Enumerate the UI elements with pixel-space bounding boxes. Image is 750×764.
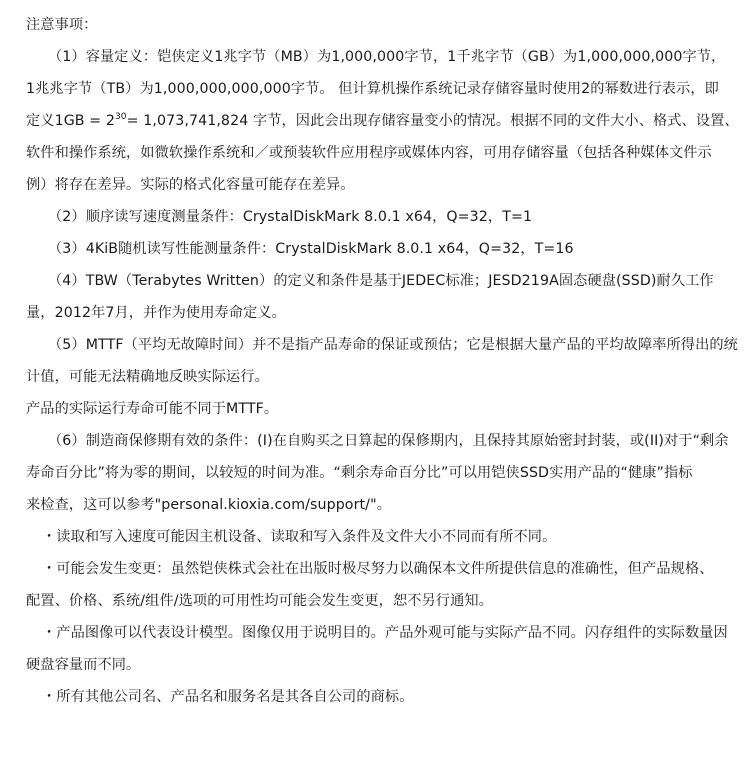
bullet-line: ・产品图像可以代表设计模型。图像仅用于说明目的。产品外观可能与实际产品不同。闪存… bbox=[26, 617, 738, 649]
note-line: （6）制造商保修期有效的条件：(I)在自购买之日算起的保修期内，且保持其原始密封… bbox=[26, 425, 738, 457]
note-line: 软件和操作系统，如微软操作系统和／或预装软件应用程序或媒体内容，可用存储容量（包… bbox=[26, 137, 738, 169]
bullet-line: ・可能会发生变更：虽然铠侠株式会社在出版时极尽努力以确保本文件所提供信息的准确性… bbox=[26, 553, 738, 585]
note-line: （4）TBW（Terabytes Written）的定义和条件是基于JEDEC标… bbox=[26, 265, 738, 297]
note-line: 寿命百分比”将为零的期间，以较短的时间为准。“剩余寿命百分比”可以用铠侠SSD实… bbox=[26, 457, 738, 489]
note-line: 计值，可能无法精确地反映实际运行。 bbox=[26, 361, 738, 393]
bullet-line: ・读取和写入速度可能因主机设备、读取和写入条件及文件大小不同而有所不同。 bbox=[26, 521, 738, 553]
formula-exponent: 30 bbox=[115, 112, 127, 122]
bullet-product-images: ・产品图像可以代表设计模型。图像仅用于说明目的。产品外观可能与实际产品不同。闪存… bbox=[26, 617, 738, 681]
note-line: （5）MTTF（平均无故障时间）并不是指产品寿命的保证或预估；它是根据大量产品的… bbox=[26, 329, 738, 361]
note-capacity-definition: （1）容量定义：铠侠定义1兆字节（MB）为1,000,000字节，1千兆字节（G… bbox=[26, 41, 738, 201]
note-tbw-definition: （4）TBW（Terabytes Written）的定义和条件是基于JEDEC标… bbox=[26, 265, 738, 329]
notes-document: 注意事项： （1）容量定义：铠侠定义1兆字节（MB）为1,000,000字节，1… bbox=[26, 9, 738, 713]
note-line: 1兆兆字节（TB）为1,000,000,000,000字节。 但计算机操作系统记… bbox=[26, 73, 738, 105]
note-line: （3）4KiB随机读写性能测量条件：CrystalDiskMark 8.0.1 … bbox=[26, 233, 738, 265]
note-line: 量，2012年7月，并作为使用寿命定义。 bbox=[26, 297, 738, 329]
bullet-trademarks: ・所有其他公司名、产品名和服务名是其各自公司的商标。 bbox=[26, 681, 738, 713]
note-line: 来检查，这可以参考"personal.kioxia.com/support/"。 bbox=[26, 489, 738, 521]
bullet-line: 硬盘容量而不同。 bbox=[26, 649, 738, 681]
document-title: 注意事项： bbox=[26, 9, 738, 41]
note-line: 产品的实际运行寿命可能不同于MTTF。 bbox=[26, 393, 738, 425]
note-line: （1）容量定义：铠侠定义1兆字节（MB）为1,000,000字节，1千兆字节（G… bbox=[26, 41, 738, 73]
bullet-line: 配置、价格、系统/组件/选项的可用性均可能会发生变更，恕不另行通知。 bbox=[26, 585, 738, 617]
note-mttf-definition: （5）MTTF（平均无故障时间）并不是指产品寿命的保证或预估；它是根据大量产品的… bbox=[26, 329, 738, 425]
note-warranty-conditions: （6）制造商保修期有效的条件：(I)在自购买之日算起的保修期内，且保持其原始密封… bbox=[26, 425, 738, 521]
note-line: （2）顺序读写速度测量条件：CrystalDiskMark 8.0.1 x64，… bbox=[26, 201, 738, 233]
note-random-performance-conditions: （3）4KiB随机读写性能测量条件：CrystalDiskMark 8.0.1 … bbox=[26, 233, 738, 265]
bullet-speed-variation: ・读取和写入速度可能因主机设备、读取和写入条件及文件大小不同而有所不同。 bbox=[26, 521, 738, 553]
note-line-formula: 定义1GB = 230= 1,073,741,824 字节，因此会出现存储容量变… bbox=[26, 105, 738, 137]
formula-prefix: 定义1GB = 2 bbox=[26, 113, 115, 129]
note-line: 例）将存在差异。实际的格式化容量可能存在差异。 bbox=[26, 169, 738, 201]
formula-tail: = 1,073,741,824 字节，因此会出现存储容量变小的情况。根据不同的文… bbox=[127, 113, 739, 129]
bullet-subject-to-change: ・可能会发生变更：虽然铠侠株式会社在出版时极尽努力以确保本文件所提供信息的准确性… bbox=[26, 553, 738, 617]
bullet-line: ・所有其他公司名、产品名和服务名是其各自公司的商标。 bbox=[26, 681, 738, 713]
note-sequential-speed-conditions: （2）顺序读写速度测量条件：CrystalDiskMark 8.0.1 x64，… bbox=[26, 201, 738, 233]
